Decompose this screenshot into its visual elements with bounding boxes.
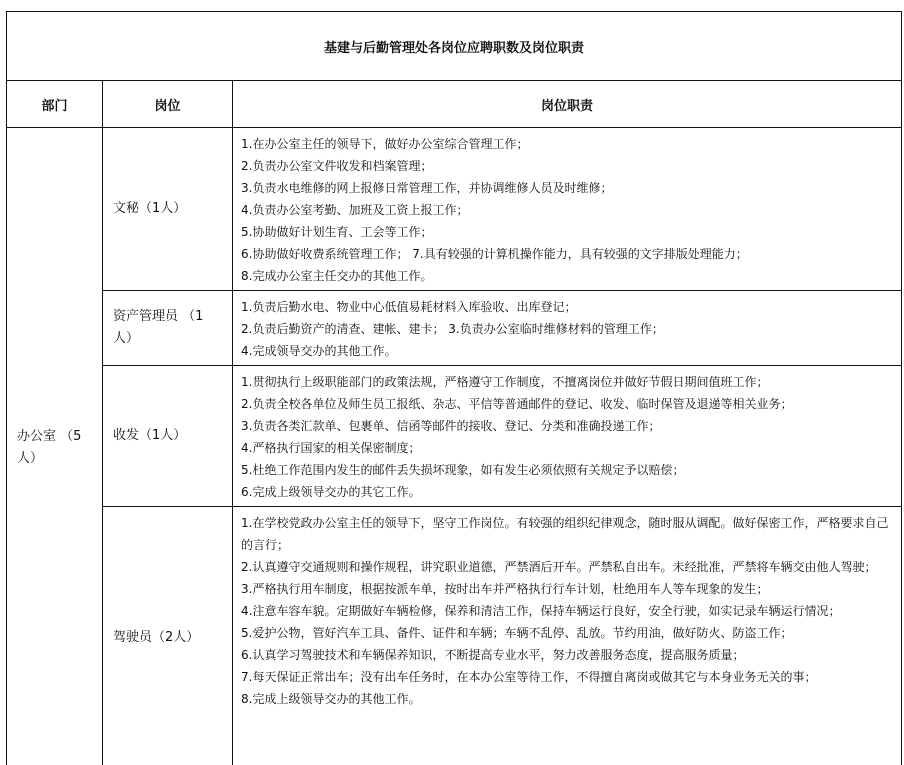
duties-cell: 1.在办公室主任的领导下，做好办公室综合管理工作； 2.负责办公室文件收发和档案… xyxy=(233,128,902,291)
duties-cell: 1.负责后勤水电、物业中心低值易耗材料入库验收、出库登记； 2.负责后勤资产的清… xyxy=(233,291,902,366)
table-row: 办公室 （5人） 文秘（1人） 1.在办公室主任的领导下，做好办公室综合管理工作… xyxy=(7,128,902,291)
duty-item: 5.杜绝工作范围内发生的邮件丢失损坏现象，如有发生必须依照有关规定予以赔偿； xyxy=(241,459,895,481)
duty-item: 7.每天保证正常出车；没有出车任务时，在本办公室等待工作，不得擅自离岗或做其它与… xyxy=(241,666,895,688)
duty-item: 6.认真学习驾驶技术和车辆保养知识，不断提高专业水平，努力改善服务态度，提高服务… xyxy=(241,644,895,666)
duty-item: 8.完成办公室主任交办的其他工作。 xyxy=(241,265,895,287)
duty-item: 1.贯彻执行上级职能部门的政策法规，严格遵守工作制度，不擅离岗位并做好节假日期间… xyxy=(241,371,895,393)
duty-item: 6.协助做好收费系统管理工作； 7.具有较强的计算机操作能力，具有较强的文字排版… xyxy=(241,243,895,265)
duty-item: 2.负责后勤资产的清查、建帐、建卡； 3.负责办公室临时维修材料的管理工作； xyxy=(241,318,895,340)
document-title: 基建与后勤管理处各岗位应聘职数及岗位职责 xyxy=(7,12,902,81)
title-row: 基建与后勤管理处各岗位应聘职数及岗位职责 xyxy=(7,12,902,81)
duty-item: 4.负责办公室考勤、加班及工资上报工作； xyxy=(241,199,895,221)
duty-item: 5.协助做好计划生育、工会等工作； xyxy=(241,221,895,243)
column-header-department: 部门 xyxy=(7,81,103,128)
position-cell: 驾驶员（2人） xyxy=(103,507,233,765)
document-sheet: 基建与后勤管理处各岗位应聘职数及岗位职责 部门 岗位 岗位职责 办公室 （5人）… xyxy=(6,11,901,765)
duties-cell: 1.在学校党政办公室主任的领导下，坚守工作岗位。有较强的组织纪律观念，随时服从调… xyxy=(233,507,902,765)
position-cell: 资产管理员 （1人） xyxy=(103,291,233,366)
duty-item: 3.严格执行用车制度，根据按派车单，按时出车并严格执行行车计划，杜绝用车人等车现… xyxy=(241,578,895,600)
duty-item: 3.负责各类汇款单、包裹单、信函等邮件的接收、登记、分类和准确投递工作； xyxy=(241,415,895,437)
duty-item: 3.负责水电维修的网上报修日常管理工作，并协调维修人员及时维修； xyxy=(241,177,895,199)
position-cell: 文秘（1人） xyxy=(103,128,233,291)
duties-cell: 1.贯彻执行上级职能部门的政策法规，严格遵守工作制度，不擅离岗位并做好节假日期间… xyxy=(233,366,902,507)
table-row: 收发（1人） 1.贯彻执行上级职能部门的政策法规，严格遵守工作制度，不擅离岗位并… xyxy=(7,366,902,507)
column-header-duties: 岗位职责 xyxy=(233,81,902,128)
duties-table: 基建与后勤管理处各岗位应聘职数及岗位职责 部门 岗位 岗位职责 办公室 （5人）… xyxy=(6,11,902,765)
duty-item: 5.爱护公物，管好汽车工具、备件、证件和车辆；车辆不乱停、乱放。节约用油，做好防… xyxy=(241,622,895,644)
column-header-position: 岗位 xyxy=(103,81,233,128)
duty-item: 2.认真遵守交通规则和操作规程，讲究职业道德，严禁酒后开车。严禁私自出车。未经批… xyxy=(241,556,895,578)
duty-item: 8.完成上级领导交办的其他工作。 xyxy=(241,688,895,710)
department-cell: 办公室 （5人） xyxy=(7,128,103,765)
table-row: 驾驶员（2人） 1.在学校党政办公室主任的领导下，坚守工作岗位。有较强的组织纪律… xyxy=(7,507,902,765)
header-row: 部门 岗位 岗位职责 xyxy=(7,81,902,128)
duty-item: 4.严格执行国家的相关保密制度； xyxy=(241,437,895,459)
duty-item: 1.在学校党政办公室主任的领导下，坚守工作岗位。有较强的组织纪律观念，随时服从调… xyxy=(241,512,895,556)
duty-item: 2.负责全校各单位及师生员工报纸、杂志、平信等普通邮件的登记、收发、临时保管及退… xyxy=(241,393,895,415)
duty-item: 4.完成领导交办的其他工作。 xyxy=(241,340,895,362)
duty-item: 6.完成上级领导交办的其它工作。 xyxy=(241,481,895,503)
position-cell: 收发（1人） xyxy=(103,366,233,507)
duty-item: 4.注意车容车貌。定期做好车辆检修，保养和清洁工作，保持车辆运行良好，安全行驶，… xyxy=(241,600,895,622)
duty-item: 2.负责办公室文件收发和档案管理； xyxy=(241,155,895,177)
duty-item: 1.在办公室主任的领导下，做好办公室综合管理工作； xyxy=(241,133,895,155)
table-row: 资产管理员 （1人） 1.负责后勤水电、物业中心低值易耗材料入库验收、出库登记；… xyxy=(7,291,902,366)
duty-item: 1.负责后勤水电、物业中心低值易耗材料入库验收、出库登记； xyxy=(241,296,895,318)
